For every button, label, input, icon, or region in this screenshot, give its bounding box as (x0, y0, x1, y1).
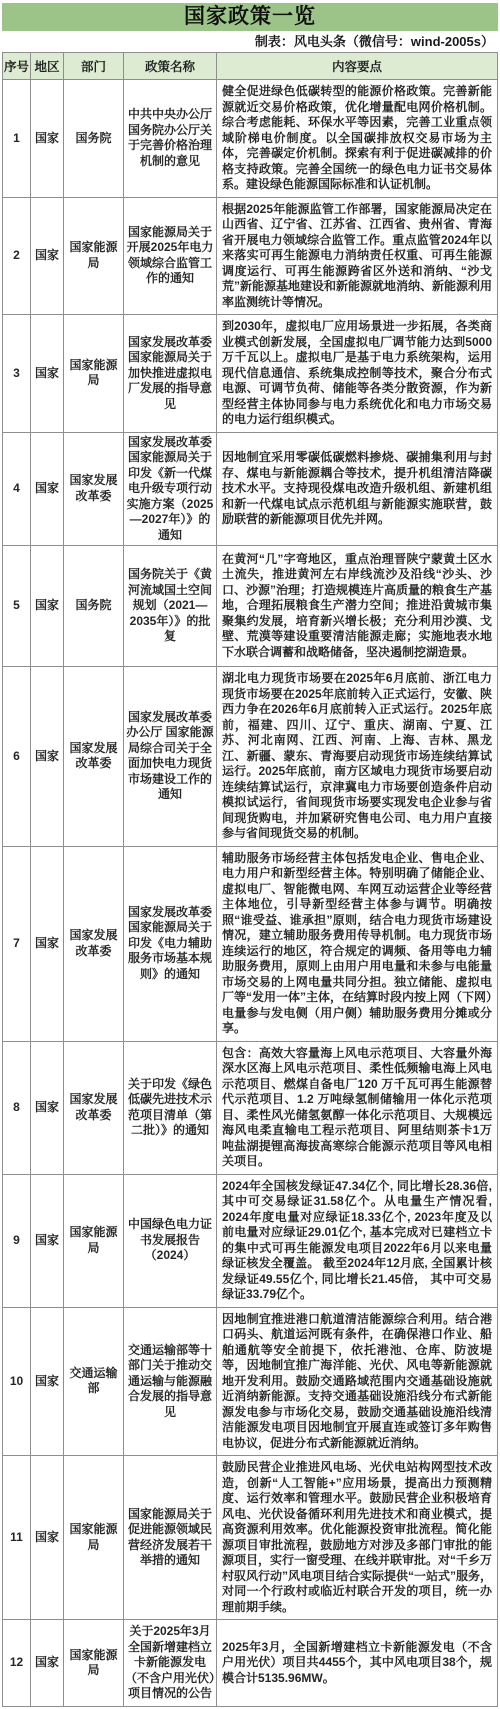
cell-points: 因地制宜采用零碳低碳燃料掺烧、碳捕集利用与封存、煤电与新能源耦合等技术，提升机组… (217, 432, 498, 546)
cell-dept: 国家能源局 (64, 1456, 124, 1620)
cell-points: 湖北电力现货市场要在2025年6月底前、浙江电力现货市场要在2025年底前转入正… (217, 667, 498, 847)
cell-no: 10 (3, 1307, 31, 1456)
cell-dept: 国家发展改革委 (64, 1041, 124, 1174)
cell-dept: 国家能源局 (64, 1174, 124, 1307)
cell-no: 9 (3, 1174, 31, 1307)
cell-region: 国家 (31, 432, 64, 546)
cell-policy-name: 交通运输部等十部门关于推动交通运输与能源融合发展的指导意见 (124, 1307, 217, 1456)
cell-region: 国家 (31, 315, 64, 433)
cell-policy-name: 国家发展改革委 国家能源局关于加快推进虚拟电厂发展的指导意见 (124, 315, 217, 433)
cell-dept: 国务院 (64, 546, 124, 667)
cell-points: 健全促进绿色低碳转型的能源价格政策。完善新能源就近交易价格政策，优化增量配电网价… (217, 80, 498, 198)
cell-dept: 国务院 (64, 80, 124, 198)
policy-overview-page: 国家政策一览 制表：风电头条（微信号：wind-2005s） 序号 地区 部门 … (0, 0, 500, 1709)
cell-no: 2 (3, 197, 31, 315)
cell-policy-name: 中共中央办公厅 国务院办公厅关于完善价格治理机制的意见 (124, 80, 217, 198)
cell-no: 1 (3, 80, 31, 198)
cell-policy-name: 关于2025年3月全国新增建档立卡新能源发电（不含户用光伏）项目情况的公告 (124, 1620, 217, 1707)
cell-dept: 国家能源局 (64, 1620, 124, 1707)
table-row: 11 国家 国家能源局 国家能源局关于促进能源领域民营经济发展若干举措的通知 鼓… (3, 1456, 498, 1620)
page-title: 国家政策一览 (2, 3, 498, 31)
col-header-region: 地区 (31, 53, 64, 80)
table-row: 8 国家 国家发展改革委 关于印发《绿色低碳先进技术示范项目清单（第二批）》的通… (3, 1041, 498, 1174)
table-row: 5 国家 国务院 国务院关于《黄河流域国土空间规划（2021—2035年）》的批… (3, 546, 498, 667)
cell-policy-name: 国家发展改革委 国家能源局关于印发《新一代煤电升级专项行动实施方案（2025—2… (124, 432, 217, 546)
cell-points: 2025年3月，全国新增建档立卡新能源发电（不含户用光伏）项目共4455个，其中… (217, 1620, 498, 1707)
cell-region: 国家 (31, 1041, 64, 1174)
table-row: 4 国家 国家发展改革委 国家发展改革委 国家能源局关于印发《新一代煤电升级专项… (3, 432, 498, 546)
table-row: 12 国家 国家能源局 关于2025年3月全国新增建档立卡新能源发电（不含户用光… (3, 1620, 498, 1707)
cell-policy-name: 国家能源局关于促进能源领域民营经济发展若干举措的通知 (124, 1456, 217, 1620)
cell-policy-name: 国家发展改革委办公厅 国家能源局综合司关于全面加快电力现货市场建设工作的通知 (124, 667, 217, 847)
cell-points: 到2030年，虚拟电厂应用场景进一步拓展，各类商业模式创新发展，全国虚拟电厂调节… (217, 315, 498, 433)
cell-points: 鼓励民营企业推进风电场、光伏电站构网型技术改造，创新“人工智能+”应用场景，提高… (217, 1456, 498, 1620)
col-header-name: 政策名称 (124, 53, 217, 80)
cell-points: 2024年全国核发绿证47.34亿个, 同比增长28.36倍, 其中可交易绿证3… (217, 1174, 498, 1307)
cell-region: 国家 (31, 1307, 64, 1456)
col-header-dept: 部门 (64, 53, 124, 80)
header-row: 序号 地区 部门 政策名称 内容要点 (3, 53, 498, 80)
cell-points: 包含：高效大容量海上风电示范项目、大容量外海深水区海上风电示范项目、柔性低频输电… (217, 1041, 498, 1174)
cell-no: 8 (3, 1041, 31, 1174)
table-row: 7 国家 国家发展改革委 国家发展改革委 国家能源局关于印发《电力辅助服务市场基… (3, 846, 498, 1041)
table-row: 1 国家 国务院 中共中央办公厅 国务院办公厅关于完善价格治理机制的意见 健全促… (3, 80, 498, 198)
cell-no: 12 (3, 1620, 31, 1707)
cell-policy-name: 关于印发《绿色低碳先进技术示范项目清单（第二批）》的通知 (124, 1041, 217, 1174)
cell-region: 国家 (31, 1174, 64, 1307)
cell-dept: 交通运输部 (64, 1307, 124, 1456)
cell-points: 辅助服务市场经营主体包括发电企业、售电企业、电力用户和新型经营主体。特别明确了储… (217, 846, 498, 1041)
cell-dept: 国家能源局 (64, 197, 124, 315)
cell-no: 4 (3, 432, 31, 546)
cell-dept: 国家发展改革委 (64, 846, 124, 1041)
cell-dept: 国家发展改革委 (64, 667, 124, 847)
cell-policy-name: 国家发展改革委 国家能源局关于印发《电力辅助服务市场基本规则》的通知 (124, 846, 217, 1041)
table-row: 2 国家 国家能源局 国家能源局关于开展2025年电力领域综合监管工作的通知 根… (3, 197, 498, 315)
cell-points: 在黄河“几”字弯地区，重点治理晋陕宁蒙黄土区水土流失，推进黄河左右岸线流沙及沿线… (217, 546, 498, 667)
cell-region: 国家 (31, 1456, 64, 1620)
table-row: 3 国家 国家能源局 国家发展改革委 国家能源局关于加快推进虚拟电厂发展的指导意… (3, 315, 498, 433)
table-row: 10 国家 交通运输部 交通运输部等十部门关于推动交通运输与能源融合发展的指导意… (3, 1307, 498, 1456)
cell-region: 国家 (31, 80, 64, 198)
policy-table: 序号 地区 部门 政策名称 内容要点 1 国家 国务院 中共中央办公厅 国务院办… (2, 52, 498, 1707)
cell-policy-name: 国家能源局关于开展2025年电力领域综合监管工作的通知 (124, 197, 217, 315)
credit-line: 制表：风电头条（微信号：wind-2005s） (2, 31, 498, 52)
cell-region: 国家 (31, 197, 64, 315)
cell-no: 5 (3, 546, 31, 667)
cell-no: 3 (3, 315, 31, 433)
col-header-no: 序号 (3, 53, 31, 80)
col-header-points: 内容要点 (217, 53, 498, 80)
cell-dept: 国家发展改革委 (64, 432, 124, 546)
cell-region: 国家 (31, 1620, 64, 1707)
table-row: 6 国家 国家发展改革委 国家发展改革委办公厅 国家能源局综合司关于全面加快电力… (3, 667, 498, 847)
cell-no: 7 (3, 846, 31, 1041)
cell-dept: 国家能源局 (64, 315, 124, 433)
cell-policy-name: 国务院关于《黄河流域国土空间规划（2021—2035年）》的批复 (124, 546, 217, 667)
table-row: 9 国家 国家能源局 中国绿色电力证书发展报告（2024） 2024年全国核发绿… (3, 1174, 498, 1307)
cell-region: 国家 (31, 846, 64, 1041)
cell-points: 因地制宜推进港口航道清洁能源综合利用。结合港口码头、航道运河既有条件，在确保港口… (217, 1307, 498, 1456)
cell-region: 国家 (31, 667, 64, 847)
cell-points: 根据2025年能源监管工作部署，国家能源局决定在山西省、辽宁省、江苏省、江西省、… (217, 197, 498, 315)
cell-region: 国家 (31, 546, 64, 667)
cell-policy-name: 中国绿色电力证书发展报告（2024） (124, 1174, 217, 1307)
cell-no: 11 (3, 1456, 31, 1620)
cell-no: 6 (3, 667, 31, 847)
